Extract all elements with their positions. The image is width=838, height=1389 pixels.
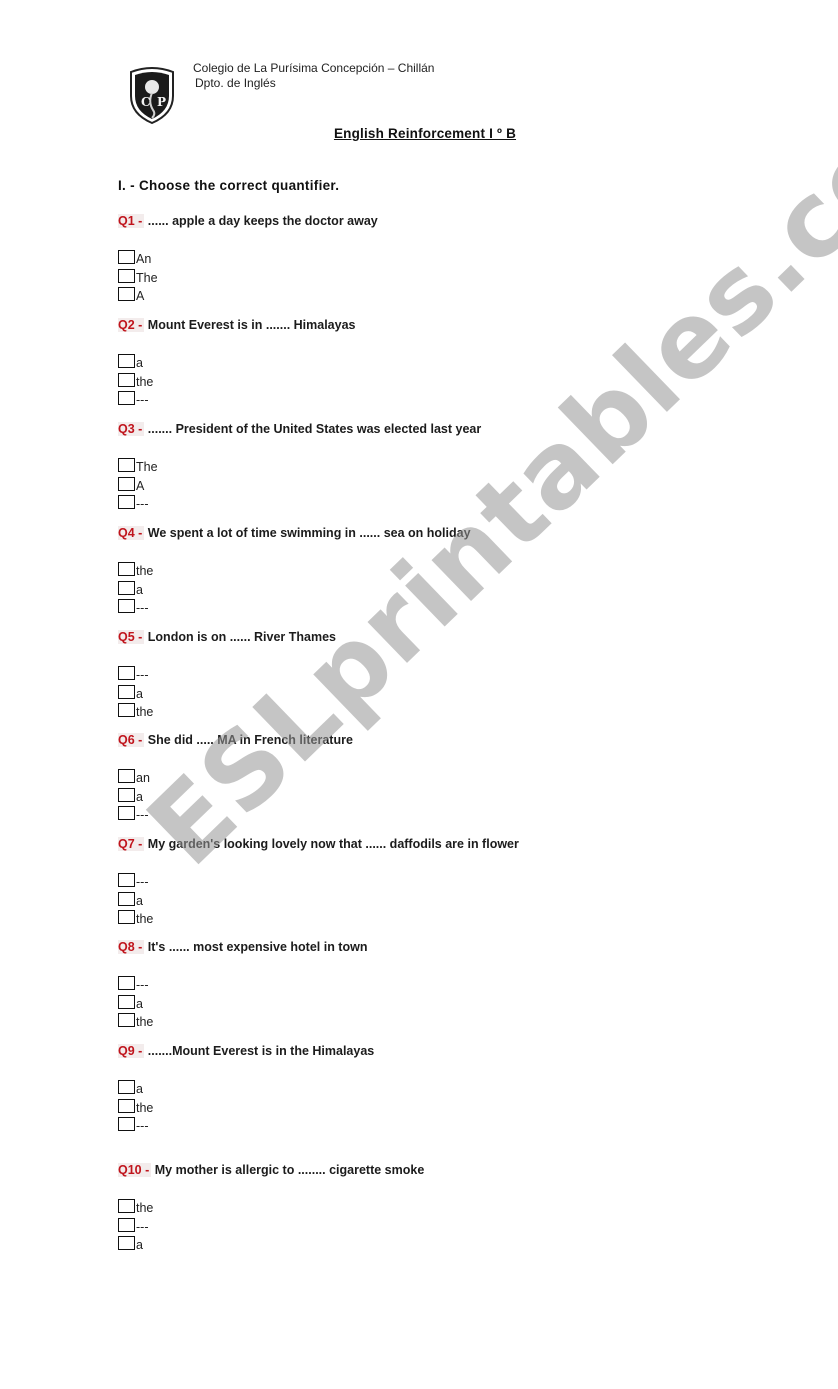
option-label: --- xyxy=(136,669,149,682)
answer-option[interactable]: the xyxy=(118,1094,374,1112)
option-label: a xyxy=(136,357,143,370)
question-number: Q10 - xyxy=(118,1163,151,1177)
question-prompt: Mount Everest is in ....... Himalayas xyxy=(144,318,355,332)
checkbox[interactable] xyxy=(118,391,135,405)
option-label: the xyxy=(136,706,153,719)
question-9: Q9 - .......Mount Everest is in the Hima… xyxy=(118,1042,374,1131)
option-label: an xyxy=(136,772,150,785)
checkbox[interactable] xyxy=(118,269,135,283)
option-label: --- xyxy=(136,1120,149,1133)
option-label: --- xyxy=(136,498,149,511)
question-text: Q6 - She did ..... MA in French literatu… xyxy=(118,731,353,749)
checkbox[interactable] xyxy=(118,1013,135,1027)
answer-option[interactable]: the xyxy=(118,1195,424,1213)
answer-option[interactable]: A xyxy=(118,472,481,490)
question-number: Q1 - xyxy=(118,214,144,228)
answer-option[interactable]: a xyxy=(118,350,356,368)
answer-option[interactable]: a xyxy=(118,1232,424,1250)
question-6: Q6 - She did ..... MA in French literatu… xyxy=(118,731,353,820)
answer-options: ---athe xyxy=(118,869,519,924)
checkbox[interactable] xyxy=(118,788,135,802)
checkbox[interactable] xyxy=(118,703,135,717)
answer-option[interactable]: --- xyxy=(118,972,367,990)
checkbox[interactable] xyxy=(118,1199,135,1213)
checkbox[interactable] xyxy=(118,873,135,887)
option-label: the xyxy=(136,1102,153,1115)
option-label: a xyxy=(136,791,143,804)
question-2: Q2 - Mount Everest is in ....... Himalay… xyxy=(118,316,356,405)
option-label: a xyxy=(136,1083,143,1096)
question-prompt: London is on ...... River Thames xyxy=(144,630,336,644)
checkbox[interactable] xyxy=(118,373,135,387)
question-text: Q3 - ....... President of the United Sta… xyxy=(118,420,481,438)
answer-options: thea--- xyxy=(118,558,471,613)
question-number: Q2 - xyxy=(118,318,144,332)
option-label: --- xyxy=(136,809,149,822)
question-prompt: She did ..... MA in French literature xyxy=(144,733,353,747)
answer-option[interactable]: the xyxy=(118,368,356,386)
question-number: Q5 - xyxy=(118,630,144,644)
question-10: Q10 - My mother is allergic to ........ … xyxy=(118,1161,424,1250)
checkbox[interactable] xyxy=(118,1218,135,1232)
question-7: Q7 - My garden's looking lovely now that… xyxy=(118,835,519,924)
answer-option[interactable]: --- xyxy=(118,662,336,680)
question-prompt: It's ...... most expensive hotel in town xyxy=(144,940,367,954)
answer-option[interactable]: --- xyxy=(118,802,353,820)
question-prompt: ....... President of the United States w… xyxy=(144,422,481,436)
answer-option[interactable]: the xyxy=(118,558,471,576)
svg-text:C: C xyxy=(141,95,151,109)
answer-options: athe--- xyxy=(118,350,356,405)
option-label: --- xyxy=(136,394,149,407)
option-label: the xyxy=(136,376,153,389)
answer-option[interactable]: a xyxy=(118,680,336,698)
answer-option[interactable]: The xyxy=(118,454,481,472)
answer-option[interactable]: --- xyxy=(118,491,481,509)
option-label: --- xyxy=(136,876,149,889)
checkbox[interactable] xyxy=(118,562,135,576)
worksheet-title: English Reinforcement I º B xyxy=(0,126,838,141)
option-label: the xyxy=(136,565,153,578)
answer-option[interactable]: --- xyxy=(118,1113,374,1131)
checkbox[interactable] xyxy=(118,806,135,820)
answer-option[interactable]: --- xyxy=(118,869,519,887)
school-crest-icon: C P xyxy=(128,66,176,124)
answer-option[interactable]: A xyxy=(118,283,378,301)
answer-options: ana--- xyxy=(118,765,353,820)
answer-options: ---athe xyxy=(118,972,367,1027)
school-name: Colegio de La Purísima Concepción – Chil… xyxy=(193,61,434,76)
checkbox[interactable] xyxy=(118,976,135,990)
option-label: the xyxy=(136,1202,153,1215)
answer-option[interactable]: a xyxy=(118,990,367,1008)
question-text: Q10 - My mother is allergic to ........ … xyxy=(118,1161,424,1179)
answer-option[interactable]: the xyxy=(118,699,336,717)
question-8: Q8 - It's ...... most expensive hotel in… xyxy=(118,938,367,1027)
school-info: Colegio de La Purísima Concepción – Chil… xyxy=(193,61,434,91)
answer-option[interactable]: The xyxy=(118,264,378,282)
option-label: An xyxy=(136,253,151,266)
option-label: --- xyxy=(136,602,149,615)
answer-option[interactable]: --- xyxy=(118,595,471,613)
answer-options: TheA--- xyxy=(118,454,481,509)
answer-options: athe--- xyxy=(118,1076,374,1131)
checkbox[interactable] xyxy=(118,1117,135,1131)
answer-options: the---a xyxy=(118,1195,424,1250)
question-number: Q3 - xyxy=(118,422,144,436)
option-label: --- xyxy=(136,979,149,992)
checkbox[interactable] xyxy=(118,458,135,472)
question-prompt: We spent a lot of time swimming in .....… xyxy=(144,526,470,540)
answer-option[interactable]: an xyxy=(118,765,353,783)
question-prompt: ...... apple a day keeps the doctor away xyxy=(144,214,377,228)
checkbox[interactable] xyxy=(118,581,135,595)
question-3: Q3 - ....... President of the United Sta… xyxy=(118,420,481,509)
checkbox[interactable] xyxy=(118,1236,135,1250)
option-label: a xyxy=(136,1239,143,1252)
checkbox[interactable] xyxy=(118,769,135,783)
answer-options: AnTheA xyxy=(118,246,378,301)
option-label: --- xyxy=(136,1221,149,1234)
question-text: Q4 - We spent a lot of time swimming in … xyxy=(118,524,471,542)
answer-option[interactable]: --- xyxy=(118,387,356,405)
department-name: Dpto. de Inglés xyxy=(193,76,434,91)
question-text: Q9 - .......Mount Everest is in the Hima… xyxy=(118,1042,374,1060)
checkbox[interactable] xyxy=(118,354,135,368)
checkbox[interactable] xyxy=(118,599,135,613)
answer-option[interactable]: a xyxy=(118,576,471,594)
answer-option[interactable]: An xyxy=(118,246,378,264)
question-prompt: My mother is allergic to ........ cigare… xyxy=(151,1163,424,1177)
question-number: Q9 - xyxy=(118,1044,144,1058)
checkbox[interactable] xyxy=(118,666,135,680)
option-label: The xyxy=(136,272,158,285)
answer-option[interactable]: a xyxy=(118,783,353,801)
section-heading: I. - Choose the correct quantifier. xyxy=(118,178,339,193)
worksheet-page: C P Colegio de La Purísima Concepción – … xyxy=(0,0,838,1389)
question-prompt: My garden's looking lovely now that ....… xyxy=(144,837,519,851)
question-text: Q2 - Mount Everest is in ....... Himalay… xyxy=(118,316,356,334)
answer-option[interactable]: the xyxy=(118,906,519,924)
question-text: Q8 - It's ...... most expensive hotel in… xyxy=(118,938,367,956)
question-number: Q7 - xyxy=(118,837,144,851)
checkbox[interactable] xyxy=(118,287,135,301)
option-label: a xyxy=(136,895,143,908)
option-label: the xyxy=(136,1016,153,1029)
svg-text:P: P xyxy=(157,95,166,109)
answer-option[interactable]: --- xyxy=(118,1213,424,1231)
option-label: a xyxy=(136,998,143,1011)
question-4: Q4 - We spent a lot of time swimming in … xyxy=(118,524,471,613)
option-label: A xyxy=(136,480,144,493)
checkbox[interactable] xyxy=(118,995,135,1009)
question-number: Q6 - xyxy=(118,733,144,747)
question-5: Q5 - London is on ...... River Thames---… xyxy=(118,628,336,717)
checkbox[interactable] xyxy=(118,477,135,491)
checkbox[interactable] xyxy=(118,910,135,924)
question-text: Q5 - London is on ...... River Thames xyxy=(118,628,336,646)
option-label: The xyxy=(136,461,158,474)
checkbox[interactable] xyxy=(118,1099,135,1113)
answer-options: ---athe xyxy=(118,662,336,717)
checkbox[interactable] xyxy=(118,250,135,264)
checkbox[interactable] xyxy=(118,892,135,906)
question-text: Q7 - My garden's looking lovely now that… xyxy=(118,835,519,853)
question-1: Q1 - ...... apple a day keeps the doctor… xyxy=(118,212,378,301)
option-label: a xyxy=(136,688,143,701)
answer-option[interactable]: a xyxy=(118,887,519,905)
answer-option[interactable]: the xyxy=(118,1009,367,1027)
answer-option[interactable]: a xyxy=(118,1076,374,1094)
question-prompt: .......Mount Everest is in the Himalayas xyxy=(144,1044,374,1058)
option-label: a xyxy=(136,584,143,597)
question-text: Q1 - ...... apple a day keeps the doctor… xyxy=(118,212,378,230)
checkbox[interactable] xyxy=(118,495,135,509)
option-label: the xyxy=(136,913,153,926)
question-number: Q8 - xyxy=(118,940,144,954)
question-number: Q4 - xyxy=(118,526,144,540)
option-label: A xyxy=(136,290,144,303)
checkbox[interactable] xyxy=(118,1080,135,1094)
checkbox[interactable] xyxy=(118,685,135,699)
